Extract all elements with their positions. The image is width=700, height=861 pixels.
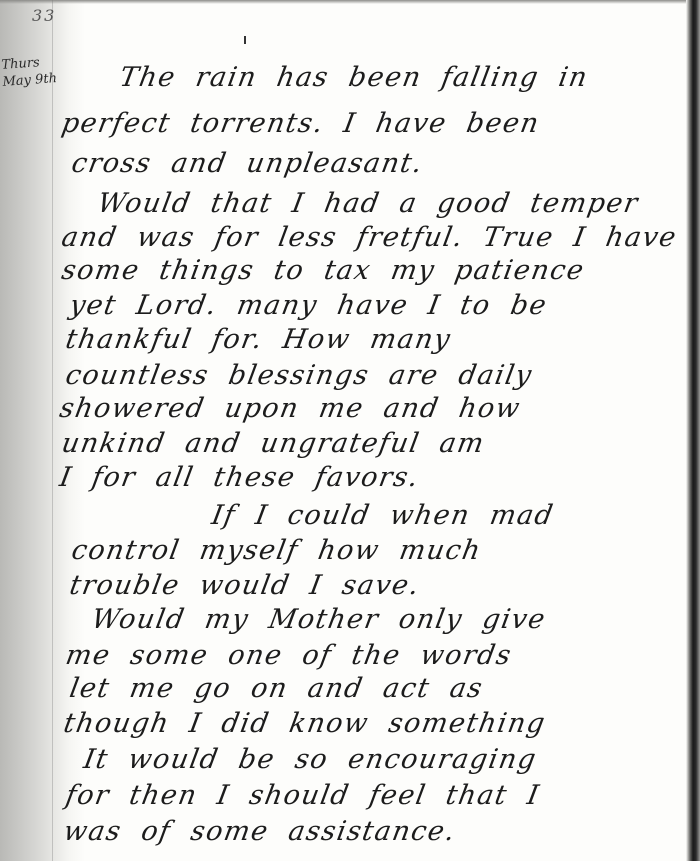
text-line: Would that I had a good temper xyxy=(95,188,641,219)
text-line: cross and unpleasant. xyxy=(69,148,425,179)
text-line: me some one of the words xyxy=(63,640,514,671)
text-line: thankful for. How many xyxy=(63,324,453,355)
text-line: trouble would I save. xyxy=(67,570,422,601)
text-line: perfect torrents. I have been xyxy=(59,108,542,139)
text-line: control myself how much xyxy=(69,535,484,566)
text-line: showered upon me and how xyxy=(57,393,523,424)
text-line: The rain has been falling in xyxy=(117,62,590,93)
text-line: some things to tax my patience xyxy=(59,255,587,286)
text-line: though I did know something xyxy=(61,708,548,739)
text-line: yet Lord. many have I to be xyxy=(67,290,550,321)
scanned-journal-page: 33 Thurs May 9th The rain has been falli… xyxy=(0,0,700,861)
text-line: unkind and ungrateful am xyxy=(59,428,487,459)
handwritten-text: The rain has been falling in perfect tor… xyxy=(0,0,690,861)
text-line: let me go on and act as xyxy=(67,673,485,704)
text-line: and was for less fretful. True I have xyxy=(59,222,679,253)
text-line: If I could when mad xyxy=(209,500,556,531)
text-line: countless blessings are daily xyxy=(63,360,535,391)
text-line: Would my Mother only give xyxy=(89,604,548,635)
text-line: It would be so encouraging xyxy=(81,744,539,775)
text-line: I for all these favors. xyxy=(57,462,421,493)
text-line: for then I should feel that I xyxy=(63,780,542,811)
text-line: was of some assistance. xyxy=(61,816,458,847)
